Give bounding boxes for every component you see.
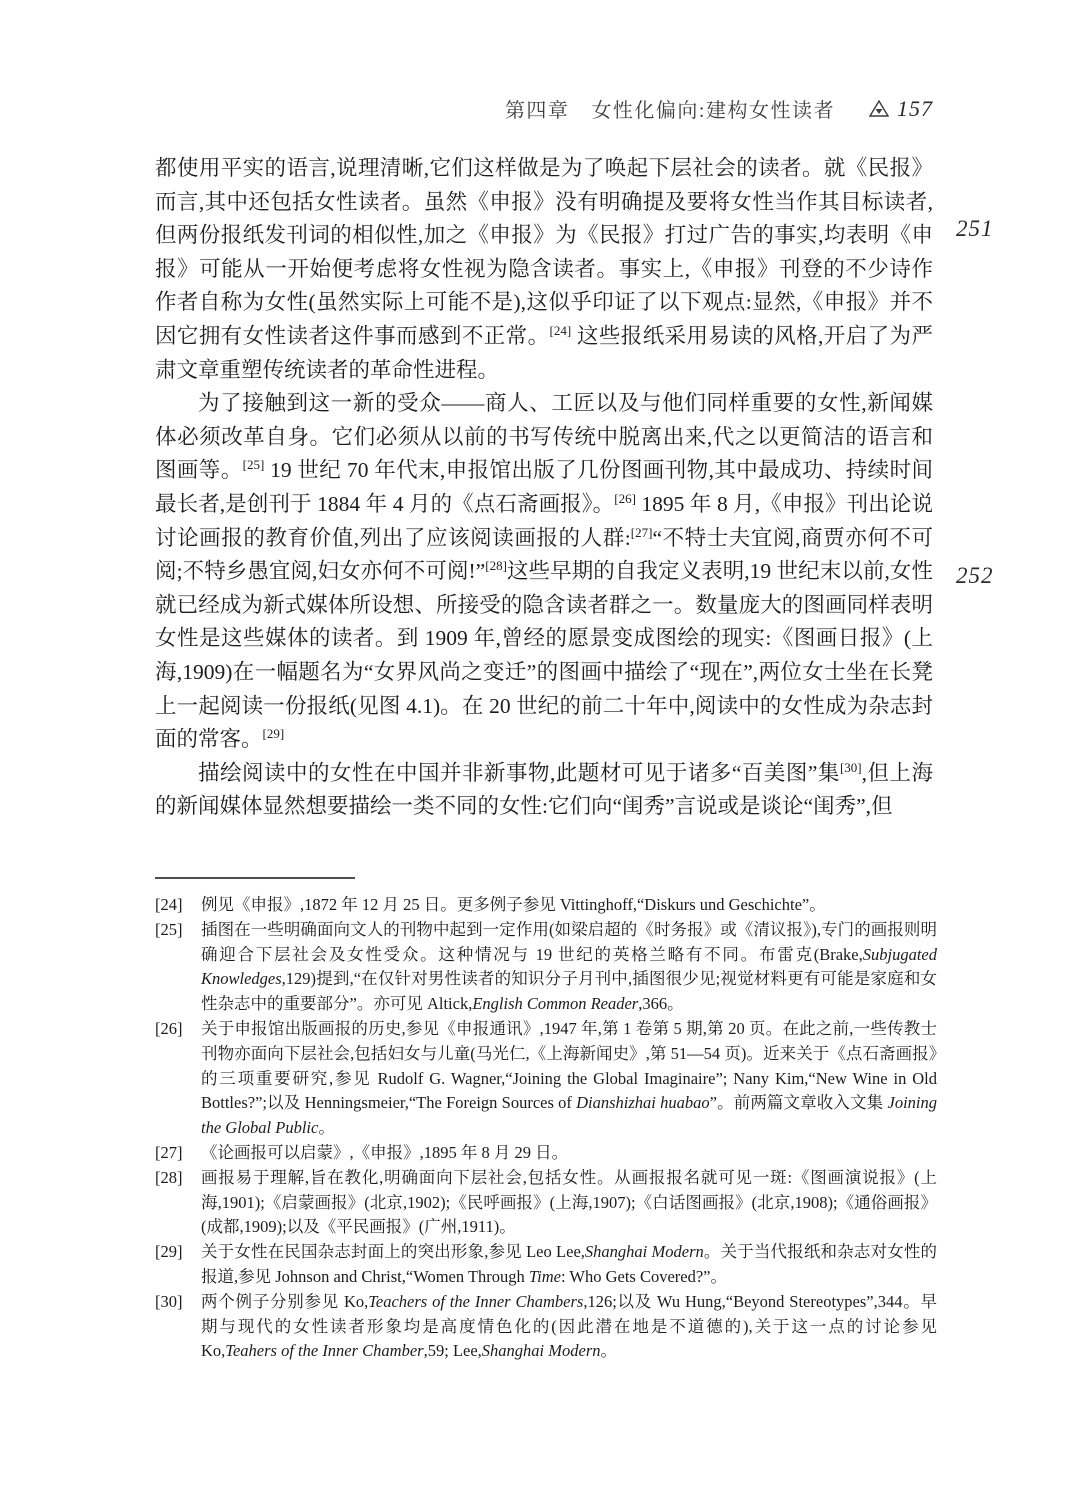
- italic-text: Shanghai Modern: [585, 1242, 704, 1261]
- footnote-label: [29]: [155, 1240, 183, 1265]
- footnote-list: [24]例见《申报》,1872 年 12 月 25 日。更多例子参见 Vitti…: [155, 893, 937, 1364]
- footnote-marker: [26]: [614, 491, 636, 506]
- footnote-label: [24]: [155, 893, 183, 918]
- chapter-label: 第四章: [505, 94, 570, 123]
- footnote: [27]《论画报可以启蒙》,《申报》,1895 年 8 月 29 日。: [155, 1141, 937, 1166]
- paragraph: 描绘阅读中的女性在中国并非新事物,此题材可见于诸多“百美图”集[30],但上海的…: [155, 757, 933, 824]
- italic-text: English Common Reader: [472, 994, 638, 1013]
- text-run: 画报易于理解,旨在教化,明确面向下层社会,包括女性。从画报报名就可见一斑:《图画…: [201, 1168, 937, 1237]
- text-run: : Who Gets Covered?”。: [561, 1267, 727, 1286]
- footnote: [25]插图在一些明确面向文人的刊物中起到一定作用(如梁启超的《时务报》或《清议…: [155, 918, 937, 1017]
- footnote-label: [27]: [155, 1141, 183, 1166]
- italic-text: Teachers of the Inner Chambers: [368, 1292, 583, 1311]
- footnote-marker: [30]: [840, 760, 862, 775]
- footnote-text: 关于女性在民国杂志封面上的突出形象,参见 Leo Lee,Shanghai Mo…: [201, 1242, 937, 1286]
- text-run: 都使用平实的语言,说理清晰,它们这样做是为了唤起下层社会的读者。就《民报》而言,…: [155, 156, 933, 348]
- footnote-separator: [155, 877, 355, 879]
- footnote-marker: [29]: [263, 726, 285, 741]
- margin-page-ref-251: 251: [956, 216, 994, 242]
- text-run: ,59; Lee,: [424, 1341, 482, 1360]
- footnote-marker: [27]: [631, 524, 653, 539]
- italic-text: Time: [529, 1267, 561, 1286]
- italic-text: Dianshizhai huabao: [576, 1093, 710, 1112]
- triangle-ornament-icon: [869, 100, 889, 117]
- text-run: 关于女性在民国杂志封面上的突出形象,参见 Leo Lee,: [201, 1242, 585, 1261]
- footnote-label: [30]: [155, 1290, 183, 1315]
- text-run: 这些早期的自我定义表明,19 世纪末以前,女性就已经成为新式媒体所设想、所接受的…: [155, 559, 933, 751]
- chapter-title: 女性化偏向:建构女性读者: [591, 94, 835, 123]
- text-run: 两个例子分别参见 Ko,: [201, 1292, 368, 1311]
- page-number: 157: [897, 96, 933, 122]
- footnote-text: 插图在一些明确面向文人的刊物中起到一定作用(如梁启超的《时务报》或《清议报》),…: [201, 920, 937, 1013]
- text-run: 。: [318, 1118, 335, 1137]
- italic-text: Teahers of the Inner Chamber: [225, 1341, 423, 1360]
- paragraph: 为了接触到这一新的受众——商人、工匠以及与他们同样重要的女性,新闻媒体必须改革自…: [155, 387, 933, 757]
- footnote: [24]例见《申报》,1872 年 12 月 25 日。更多例子参见 Vitti…: [155, 893, 937, 918]
- footnote: [29]关于女性在民国杂志封面上的突出形象,参见 Leo Lee,Shangha…: [155, 1240, 937, 1290]
- footnote-text: 画报易于理解,旨在教化,明确面向下层社会,包括女性。从画报报名就可见一斑:《图画…: [201, 1168, 937, 1237]
- text-run: 《论画报可以启蒙》,《申报》,1895 年 8 月 29 日。: [201, 1143, 568, 1162]
- footnote-label: [28]: [155, 1166, 183, 1191]
- footnote: [28]画报易于理解,旨在教化,明确面向下层社会,包括女性。从画报报名就可见一斑…: [155, 1166, 937, 1240]
- paragraph: 都使用平实的语言,说理清晰,它们这样做是为了唤起下层社会的读者。就《民报》而言,…: [155, 152, 933, 387]
- margin-page-ref-252: 252: [956, 563, 994, 589]
- text-run: ”。前两篇文章收入文集: [710, 1093, 888, 1112]
- italic-text: Shanghai Modern: [482, 1341, 601, 1360]
- footnote-label: [25]: [155, 918, 183, 943]
- footnote-marker: [28]: [485, 558, 507, 573]
- footnote: [30]两个例子分别参见 Ko,Teachers of the Inner Ch…: [155, 1290, 937, 1364]
- footnote-marker: [24]: [549, 323, 571, 338]
- footnote-text: 《论画报可以启蒙》,《申报》,1895 年 8 月 29 日。: [201, 1143, 568, 1162]
- text-run: 。: [601, 1341, 618, 1360]
- text-run: 插图在一些明确面向文人的刊物中起到一定作用(如梁启超的《时务报》或《清议报》),…: [201, 920, 937, 964]
- text-run: 例见《申报》,1872 年 12 月 25 日。更多例子参见 Vittingho…: [201, 895, 826, 914]
- footnote-text: 关于申报馆出版画报的历史,参见《申报通讯》,1947 年,第 1 卷第 5 期,…: [201, 1019, 937, 1137]
- body-paragraphs: 都使用平实的语言,说理清晰,它们这样做是为了唤起下层社会的读者。就《民报》而言,…: [155, 152, 933, 824]
- footnote-text: 例见《申报》,1872 年 12 月 25 日。更多例子参见 Vittingho…: [201, 895, 826, 914]
- text-run: 描绘阅读中的女性在中国并非新事物,此题材可见于诸多“百美图”集: [198, 761, 840, 785]
- footnote-marker: [25]: [243, 457, 265, 472]
- text-run: ,366。: [638, 994, 683, 1013]
- footnote-text: 两个例子分别参见 Ko,Teachers of the Inner Chambe…: [201, 1292, 937, 1361]
- page-header: 第四章 女性化偏向:建构女性读者 157: [155, 94, 933, 123]
- footnote-label: [26]: [155, 1017, 183, 1042]
- footnote: [26]关于申报馆出版画报的历史,参见《申报通讯》,1947 年,第 1 卷第 …: [155, 1017, 937, 1141]
